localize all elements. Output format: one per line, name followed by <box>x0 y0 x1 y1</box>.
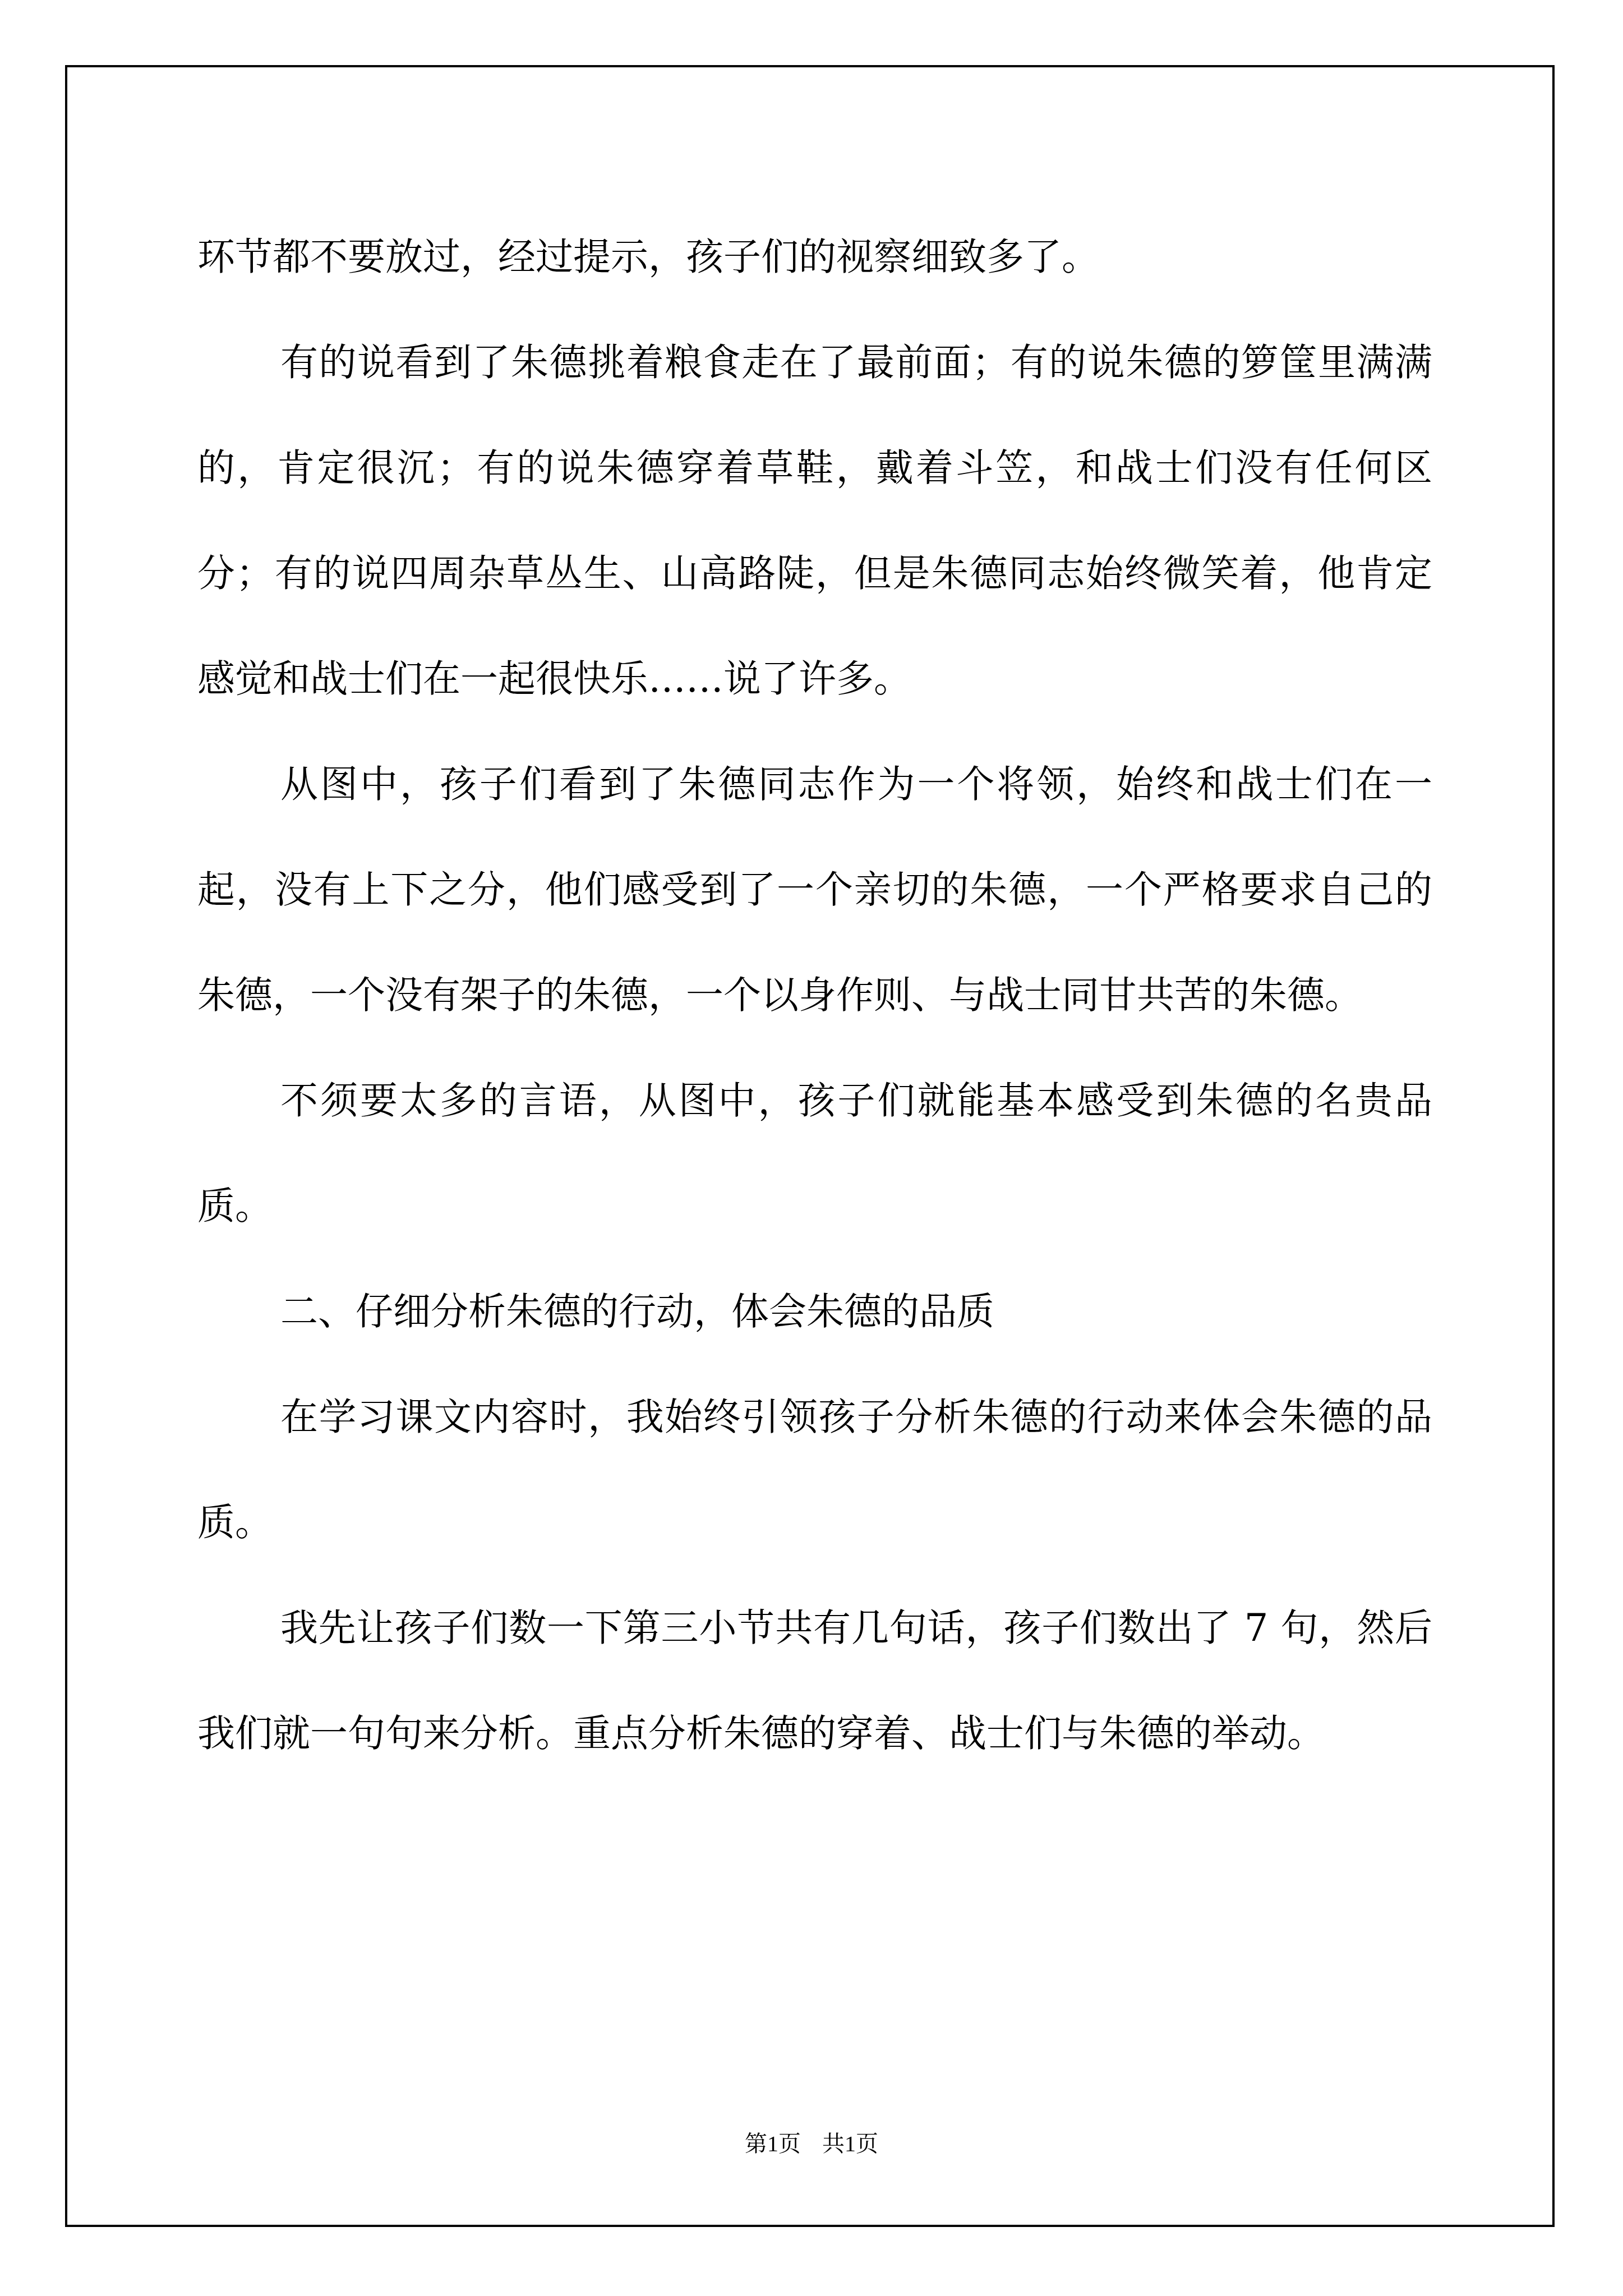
page-number-current: 第1页 <box>745 2126 801 2158</box>
paragraph-5: 在学习课文内容时，我始终引领孩子分析朱德的行动来体会朱德的品质。 <box>197 1364 1432 1575</box>
paragraph-4: 不须要太多的言语，从图中，孩子们就能基本感受到朱德的名贵品质。 <box>197 1048 1432 1259</box>
page-number-total: 共1页 <box>822 2126 878 2158</box>
document-body: 环节都不要放过，经过提示，孩子们的视察细致多了。 有的说看到了朱德挑着粮食走在了… <box>197 204 1432 1786</box>
paragraph-3: 从图中，孩子们看到了朱德同志作为一个将领，始终和战士们在一起，没有上下之分，他们… <box>197 731 1432 1048</box>
page-footer: 第1页 共1页 <box>0 2126 1623 2158</box>
paragraph-2: 有的说看到了朱德挑着粮食走在了最前面；有的说朱德的箩筐里满满的，肯定很沉；有的说… <box>197 310 1432 731</box>
paragraph-6: 我先让孩子们数一下第三小节共有几句话，孩子们数出了 7 句，然后我们就一句句来分… <box>197 1575 1432 1786</box>
section-heading: 二、仔细分析朱德的行动，体会朱德的品质 <box>197 1259 1432 1364</box>
paragraph-1: 环节都不要放过，经过提示，孩子们的视察细致多了。 <box>197 204 1432 310</box>
